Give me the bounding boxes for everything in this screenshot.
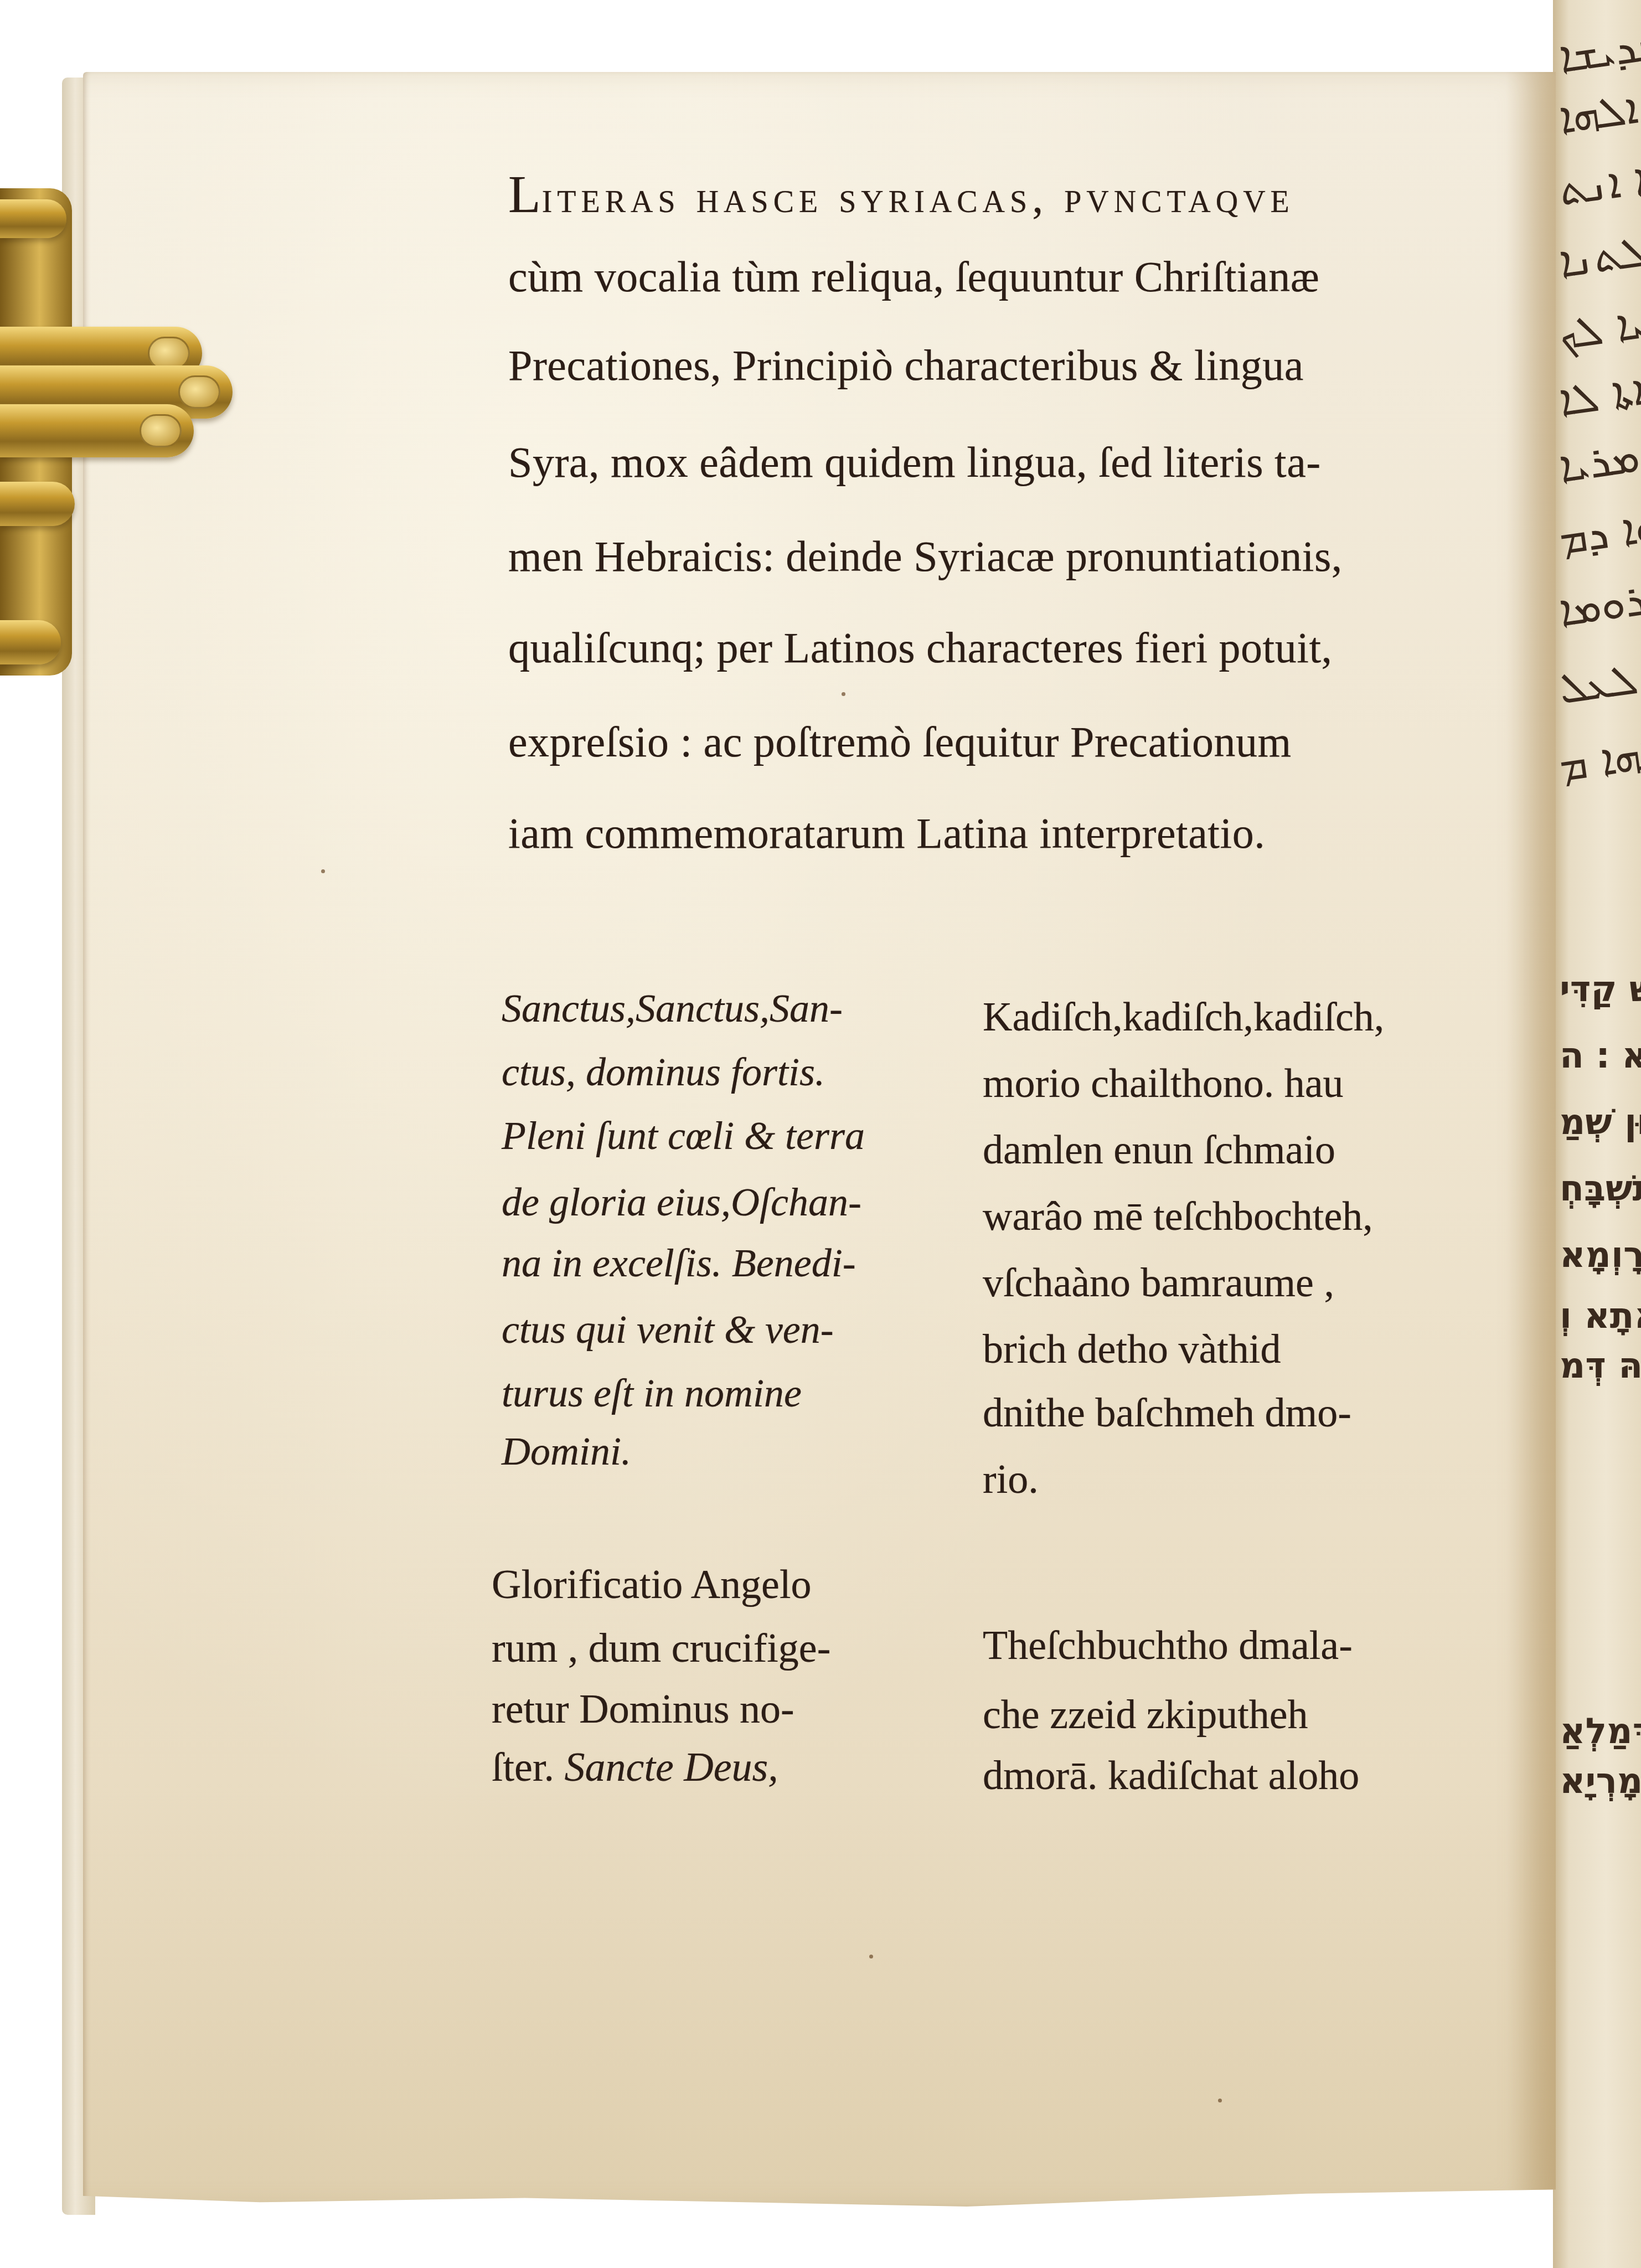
glorificatio-line: ſter. Sancte Deus, (492, 1744, 778, 1791)
syriac-line: ܐܡܝܢ ܠܥܠ (1556, 641, 1641, 715)
kadisch-line: vſchaàno bamraume , (983, 1260, 1334, 1307)
kadisch-line: rio. (983, 1456, 1039, 1503)
teschbuchtho-line: Theſchbuchtho dmala- (983, 1622, 1353, 1669)
syriac-line: ܫܒܚܐ ܠܟ (1556, 290, 1641, 360)
hebrew-line: קַדִּישׁ קַדִּי (1560, 969, 1641, 1010)
hebrew-line: דְּאָתָא וְ (1560, 1296, 1641, 1337)
syriac-line: ܩܕܝܫܐ ܐܢܬ (1556, 142, 1641, 217)
kadisch-line: warâo mē teſchbochteh, (983, 1193, 1373, 1240)
kadisch-line: morio chailthono. hau (983, 1060, 1343, 1107)
sanctus-line: Sanctus,Sanctus,San- (502, 986, 843, 1032)
syriac-line: ܘܐܠܗܐ ܡ (1556, 722, 1641, 792)
sanctus-line: de gloria eius,Oſchan- (502, 1179, 861, 1225)
syriac-line: ܐܢܬ ܐܠܗܐ (1556, 73, 1641, 145)
syriac-line: ܩܕܝܫ ܡܪܝܐ (1556, 417, 1641, 493)
sancte-deus: Sancte Deus, (565, 1745, 778, 1790)
sanctus-line: na in excelſis. Benedi- (502, 1240, 856, 1286)
intro-line-7: expreſsio : ac poſtremò ſequitur Precati… (508, 717, 1292, 767)
hebrew-line: בִּשְׁמֵהּ דְּמ (1560, 1346, 1641, 1386)
intro-line-1: Literas hasce syriacas, pvnctaqve (508, 163, 1294, 225)
syriac-line: ܩܕܝܫܐ (1556, 19, 1641, 84)
sanctus-line: Pleni ſunt cœli & terra (502, 1113, 865, 1159)
sanctus-line: ctus, dominus fortis. (502, 1049, 825, 1095)
sanctus-line: turus eſt in nomine (502, 1370, 802, 1416)
kadisch-line: dnithe baſchmeh dmo- (983, 1390, 1351, 1437)
intro-line-6: qualiſcunq; per Latinos characteres fier… (508, 623, 1333, 673)
hebrew-line: חַיְלְתָנָא ׃ ה (1560, 1035, 1641, 1076)
hebrew-line: בַּמְרָוְמָא (1560, 1235, 1641, 1276)
facing-page: ܩܕܝܫܐ ܐܢܬ ܐܠܗܐ ܩܕܝܫܐ ܐܢܬ ܚܝܠܬܢܐ ܫܒܚܐ ܠܟ … (1553, 0, 1641, 2268)
hebrew-line: דְּמַלְאַ (1560, 1711, 1641, 1752)
dropcap: L (508, 164, 542, 224)
glorificatio-line: Glorificatio Angelo (492, 1561, 811, 1609)
hebrew-line: מֵן תֶּשְׁבָּחְ (1560, 1168, 1641, 1209)
glorificatio-line: retur Dominus no- (492, 1686, 794, 1733)
hebrew-line: אֶנּוּן שְׁמַ (1560, 1102, 1641, 1143)
brass-hand-clip-icon (0, 188, 238, 698)
intro-line-4: Syra, mox eâdem quidem lingua, ſed liter… (508, 437, 1321, 487)
syriac-line: ܚܝܠܬܢܐ (1556, 220, 1641, 288)
kadisch-line: damlen enun ſchmaio (983, 1127, 1335, 1174)
syriac-line: ܕܐܬܐ ܠܐ (1556, 362, 1641, 426)
kadisch-line: brich detho vàthid (983, 1326, 1281, 1373)
intro-line-1-rest: iteras hasce syriacas, pvnctaqve (542, 173, 1294, 222)
syriac-line: ܐܠܗܐ ܕܡ (1556, 496, 1641, 565)
sanctus-line: Domini. (502, 1429, 631, 1475)
syriac-line: ܡܪܘܡܐ (1556, 571, 1641, 637)
intro-line-5: men Hebraicis: deinde Syriacæ pronuntiat… (508, 532, 1343, 581)
kadisch-line: Kadiſch,kadiſch,kadiſch, (983, 994, 1384, 1041)
intro-line-8: iam commemoratarum Latina interpretatio. (508, 808, 1265, 858)
intro-line-3: Precationes, Principiò characteribus & l… (508, 341, 1304, 390)
intro-line-2: cùm vocalia tùm reliqua, ſequuntur Chriſ… (508, 252, 1319, 302)
teschbuchtho-line: che zzeid zkiputheh (983, 1692, 1308, 1739)
teschbuchtho-line: dmorā. kadiſchat aloho (983, 1752, 1359, 1800)
hebrew-line: דְּמָרְיָא (1560, 1761, 1641, 1802)
glorificatio-line: rum , dum crucifige- (492, 1625, 830, 1672)
sanctus-line: ctus qui venit & ven- (502, 1307, 834, 1353)
